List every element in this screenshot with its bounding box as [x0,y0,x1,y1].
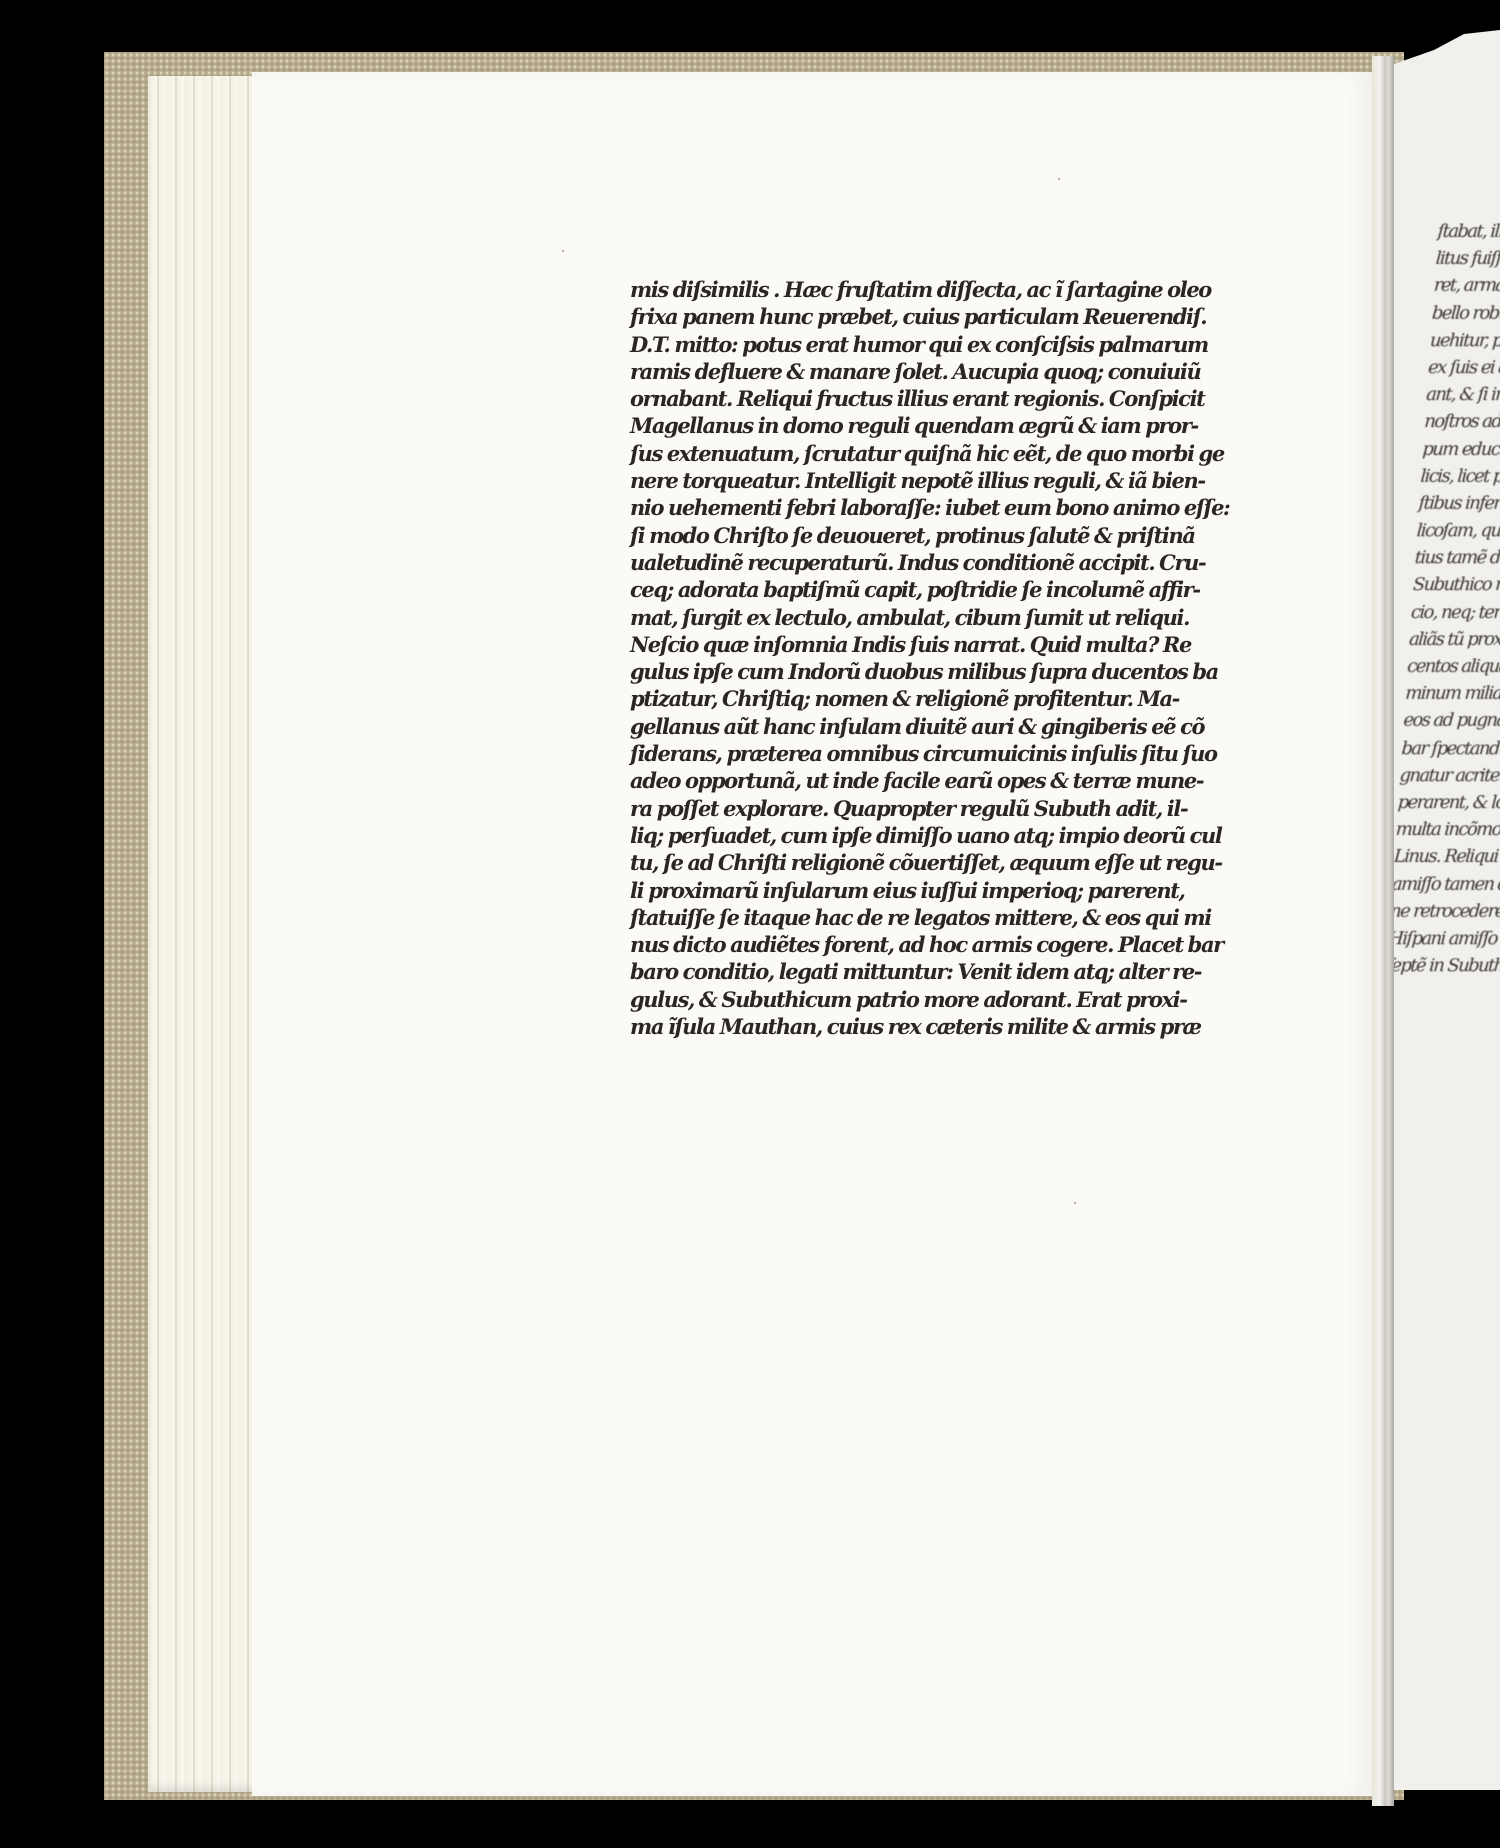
text-line: ma ĩſula Mauthan, cuius rex cæteris mili… [630,1013,1200,1040]
text-line: aliãs tũ proximi [1408,626,1500,653]
text-line: ptizatur, Chriſtiq; nomen & religionẽ pr… [630,685,1200,712]
right-facing-page: ſtabat, ille rec litus fuiſſet. M ret, a… [1394,30,1500,1790]
text-line: ſus extenuatum, ſcrutatur quiſnã hic eẽt… [630,440,1200,467]
text-line: Hiſpani amiſſo [1394,925,1500,952]
text-line: ret, armari iub [1433,272,1500,299]
text-line: nere torqueatur. Intelligit nepotẽ illiu… [630,467,1200,494]
book-gutter [1372,56,1394,1806]
text-line: licis, licet pauci [1420,463,1500,490]
text-line: ne retrocedere [1394,898,1500,925]
text-line: ſtabat, ille rec [1437,218,1500,245]
text-line: ſtatuiſſe ſe itaque hac de re legatos mi… [630,904,1200,931]
text-line: tius tamẽ dexte [1414,544,1500,571]
text-line: noſtros aduen [1423,408,1500,435]
text-line: litus fuiſſet. M [1435,245,1500,272]
stacked-page-edges [148,76,258,1792]
text-line: nus dicto audiẽtes forent, ad hoc armis … [630,931,1200,958]
text-line: Neſcio quæ inſomnia Indis ſuis narrat. Q… [630,631,1200,658]
text-line: ſi modo Chriſto ſe deuoueret, protinus ſ… [630,522,1200,549]
left-page-text-block: mis diſsimilis . Hæc fruſtatim diſſecta,… [630,276,1200,1040]
text-line: baro conditio, legati mittuntur: Venit i… [630,958,1200,985]
text-line: Subuthico mili [1412,571,1500,598]
text-line: mat, ſurgit ex lectulo, ambulat, cibum ſ… [630,604,1200,631]
text-line: minum milia a [1404,680,1500,707]
text-line: ſeptẽ in Subuth [1394,952,1500,979]
text-line: perarent, & lo [1397,789,1500,816]
text-line: ornabant. Reliqui fructus illius erant r… [630,385,1200,412]
text-line: multa incõmod [1395,816,1500,843]
text-line: frixa panem hunc præbet, cuius particula… [630,303,1200,330]
text-line: mis diſsimilis . Hæc fruſtatim diſſecta,… [630,276,1200,303]
text-line: eos ad pugnãdu [1402,707,1500,734]
text-line: ant, & ſi in re [1425,381,1500,408]
text-line: ſiderans, præterea omnibus circumuicinis… [630,740,1200,767]
text-line: licoſam, quæ lã [1416,517,1500,544]
text-line: ualetudinẽ recuperaturũ. Indus condition… [630,549,1200,576]
text-line: ſtibus inferiorẽ [1418,490,1500,517]
text-line: ramis defluere & manare ſolet. Aucupia q… [630,358,1200,385]
text-line: ra poſſet explorare. Quapropter regulũ S… [630,795,1200,822]
text-line: li proximarũ inſularum eius iuſſui imper… [630,877,1200,904]
text-line: bello robur pe [1431,300,1500,327]
text-line: ceq; adorata baptiſmũ capit, poſtridie ſ… [630,576,1200,603]
text-line: liq; perſuadet, cum ipſe dimiſſo uano at… [630,822,1200,849]
text-line: Linus. Reliqui [1394,843,1500,870]
text-line: gellanus aũt hanc inſulam diuitẽ auri & … [630,713,1200,740]
paper-speck [562,250,564,252]
text-line: D.T. mitto: potus erat humor qui ex conſ… [630,331,1200,358]
text-line: Magellanus in domo reguli quendam ægrũ &… [630,412,1200,439]
text-line: gnatur acriter [1399,762,1500,789]
text-line: amiſſo tamen d [1394,871,1500,898]
text-line: centos aliquand [1406,653,1500,680]
text-line: uehitur, proxi [1429,327,1500,354]
paper-speck [1058,178,1060,180]
text-line: tu, ſe ad Chriſti religionẽ cõuertiſſet,… [630,849,1200,876]
text-line: pum educit. M [1422,436,1500,463]
right-page-text-block: ſtabat, ille rec litus fuiſſet. M ret, a… [1394,218,1500,979]
paper-speck [1074,1202,1076,1204]
text-line: gulus ipſe cum Indorũ duobus milibus ſup… [630,658,1200,685]
text-line: gulus, & Subuthicum patrio more adorant.… [630,986,1200,1013]
text-line: nio uehementi febri laboraſſe: iubet eum… [630,494,1200,521]
text-line: bar ſpectandum [1401,735,1500,762]
text-line: adeo opportunã, ut inde facile earũ opes… [630,767,1200,794]
text-line: ex ſuis ei adiun [1427,354,1500,381]
text-line: cio, neq; terrer [1410,599,1500,626]
